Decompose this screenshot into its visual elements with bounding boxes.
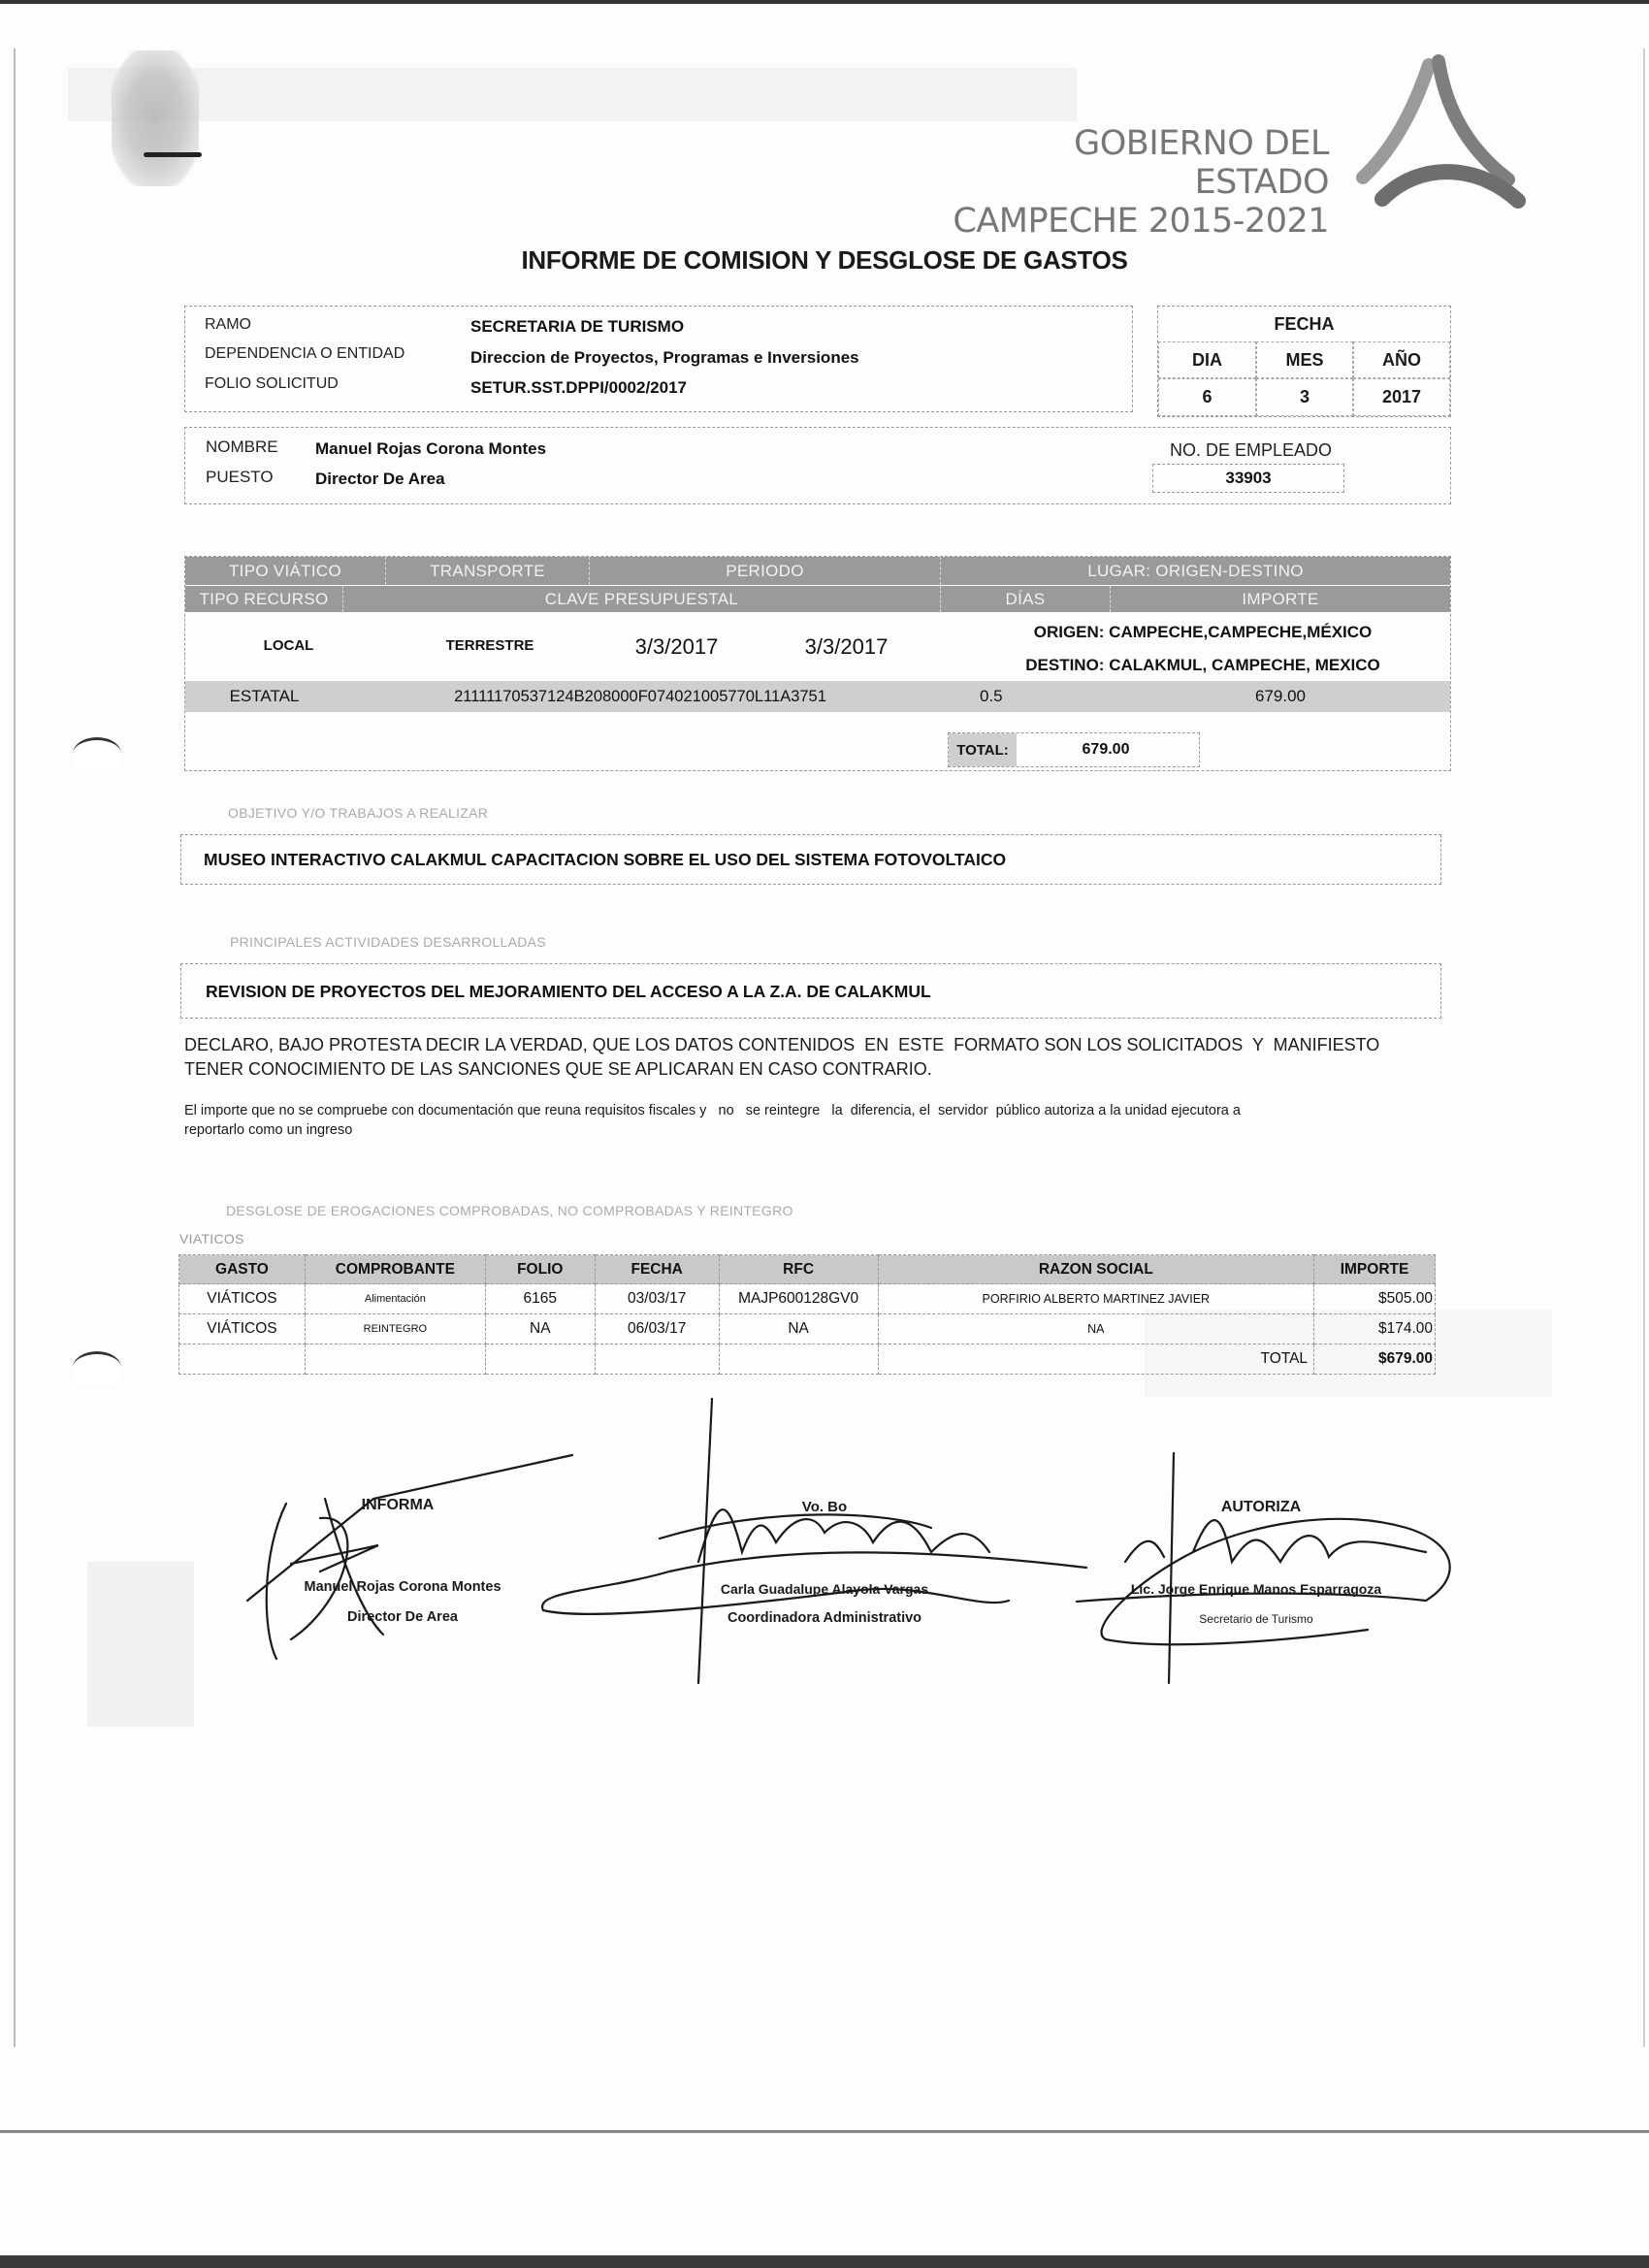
- fecha-cell: 06/03/17: [595, 1314, 719, 1345]
- page-fold-line: [0, 2130, 1649, 2133]
- numero-empleado-value: 33903: [1225, 469, 1271, 488]
- objetivo-caption: OBJETIVO Y/O TRABAJOS A REALIZAR: [228, 805, 488, 821]
- col-razon-social: RAZON SOCIAL: [878, 1255, 1313, 1284]
- fecha-title: FECHA: [1158, 307, 1450, 341]
- fecha-grid: FECHA DIA MES AÑO 6 3 2017: [1157, 306, 1451, 417]
- signature-title-informa: Director De Area: [257, 1609, 548, 1625]
- table-row: VIÁTICOS REINTEGRO NA 06/03/17 NA NA $17…: [179, 1314, 1436, 1345]
- declaration-line-1: DECLARO, BAJO PROTESTA DECIR LA VERDAD, …: [184, 1033, 1455, 1057]
- header-clave-presupuestal: CLAVE PRESUPUESTAL: [343, 586, 941, 612]
- periodo-inicio: 3/3/2017: [601, 631, 752, 664]
- nombre-value: Manuel Rojas Corona Montes: [315, 439, 546, 459]
- gasto-cell: VIÁTICOS: [179, 1284, 306, 1314]
- notice-line-2: reportarlo como un ingreso: [184, 1120, 1455, 1140]
- mes-label: MES: [1256, 341, 1353, 378]
- document-title: INFORME DE COMISION Y DESGLOSE DE GASTOS: [0, 245, 1649, 275]
- signature-title-vobo: Coordinadora Administrativo: [679, 1610, 970, 1626]
- signature-role-vobo: Vo. Bo: [727, 1499, 921, 1515]
- clave-presupuestal-value: 21111170537124B208000F074021005770L11A37…: [349, 682, 931, 711]
- fecha-cell: 03/03/17: [595, 1284, 719, 1314]
- col-folio: FOLIO: [485, 1255, 595, 1284]
- numero-empleado-label: NO. DE EMPLEADO: [1170, 440, 1332, 461]
- declaration-line-2: TENER CONOCIMIENTO DE LAS SANCIONES QUE …: [184, 1057, 1455, 1082]
- signature-name-vobo: Carla Guadalupe Alayola Vargas: [679, 1581, 970, 1597]
- ramo-value: SECRETARIA DE TURISMO: [470, 317, 684, 337]
- numero-empleado-field: 33903: [1152, 464, 1344, 493]
- puesto-value: Director De Area: [315, 470, 445, 489]
- col-comprobante: COMPROBANTE: [305, 1255, 485, 1284]
- desglose-header-row: GASTO COMPROBANTE FOLIO FECHA RFC RAZON …: [179, 1255, 1436, 1284]
- dias-value: 0.5: [980, 682, 1003, 711]
- government-name: GOBIERNO DEL ESTADO CAMPECHE 2015-2021: [931, 124, 1329, 241]
- declaration-statement: DECLARO, BAJO PROTESTA DECIR LA VERDAD, …: [184, 1033, 1455, 1082]
- col-importe: IMPORTE: [1314, 1255, 1436, 1284]
- folio-cell: 6165: [485, 1284, 595, 1314]
- puesto-label: PUESTO: [206, 468, 274, 487]
- empty-cell: [179, 1345, 306, 1375]
- government-line-1: GOBIERNO DEL ESTADO: [931, 124, 1329, 202]
- empty-cell: [305, 1345, 485, 1375]
- razon-social-cell: NA: [878, 1314, 1313, 1345]
- signature-role-autoriza: AUTORIZA: [1154, 1499, 1368, 1516]
- empty-cell: [485, 1345, 595, 1375]
- rfc-cell: NA: [719, 1314, 878, 1345]
- total-label: TOTAL:: [949, 733, 1017, 766]
- col-gasto: GASTO: [179, 1255, 306, 1284]
- signature-role-informa: INFORMA: [291, 1497, 504, 1514]
- header-tipo-recurso: TIPO RECURSO: [185, 586, 343, 612]
- actividades-text: REVISION DE PROYECTOS DEL MEJORAMIENTO D…: [206, 982, 931, 1002]
- pen-mark: [144, 152, 202, 157]
- header-dias: DÍAS: [941, 586, 1111, 612]
- signature-name-informa: Manuel Rojas Corona Montes: [257, 1579, 548, 1595]
- signature-name-autoriza: Lic. Jorge Enrique Manos Esparragoza: [1096, 1581, 1416, 1597]
- total-value: 679.00: [1048, 733, 1164, 766]
- signature-title-autoriza: Secretario de Turismo: [1130, 1612, 1382, 1626]
- comprobante-cell: REINTEGRO: [305, 1314, 485, 1345]
- razon-social-cell: PORFIRIO ALBERTO MARTINEZ JAVIER: [878, 1284, 1313, 1314]
- dependencia-label: DEPENDENCIA O ENTIDAD: [205, 345, 404, 363]
- origen-value: ORIGEN: CAMPECHE,CAMPECHE,MÉXICO: [989, 619, 1416, 646]
- empty-cell: [719, 1345, 878, 1375]
- tipo-recurso-value: ESTATAL: [194, 682, 335, 711]
- punch-hole-icon: [73, 1351, 121, 1384]
- header-periodo: PERIODO: [590, 557, 941, 585]
- destino-value: DESTINO: CALAKMUL, CAMPECHE, MEXICO: [989, 652, 1416, 679]
- header-lugar: LUGAR: ORIGEN-DESTINO: [941, 557, 1450, 585]
- folio-label: FOLIO SOLICITUD: [205, 375, 339, 393]
- nombre-label: NOMBRE: [206, 437, 278, 457]
- tipo-viatico-value: LOCAL: [223, 631, 354, 660]
- scan-edge-bottom: [0, 2255, 1649, 2268]
- desglose-subcaption: VIATICOS: [179, 1231, 244, 1247]
- col-rfc: RFC: [719, 1255, 878, 1284]
- punch-hole-icon: [73, 737, 121, 770]
- importe-cell: $174.00: [1314, 1314, 1436, 1345]
- folio-value: SETUR.SST.DPPI/0002/2017: [470, 378, 687, 398]
- ramo-label: RAMO: [205, 316, 251, 334]
- campeche-logo-icon: [1353, 53, 1528, 228]
- actividades-caption: PRINCIPALES ACTIVIDADES DESARROLLADAS: [230, 934, 546, 950]
- rfc-cell: MAJP600128GV0: [719, 1284, 878, 1314]
- header-importe: IMPORTE: [1111, 586, 1450, 612]
- anio-label: AÑO: [1353, 341, 1450, 378]
- desglose-table: GASTO COMPROBANTE FOLIO FECHA RFC RAZON …: [178, 1254, 1436, 1375]
- desglose-caption: DESGLOSE DE EROGACIONES COMPROBADAS, NO …: [226, 1203, 793, 1218]
- empty-cell: [595, 1345, 719, 1375]
- notice-line-1: El importe que no se compruebe con docum…: [184, 1101, 1455, 1120]
- header-transporte: TRANSPORTE: [386, 557, 590, 585]
- anio-value: 2017: [1353, 378, 1450, 416]
- government-line-2: CAMPECHE 2015-2021: [931, 202, 1329, 241]
- col-fecha: FECHA: [595, 1255, 719, 1284]
- header-tipo-viatico: TIPO VIÁTICO: [185, 557, 386, 585]
- dependencia-value: Direccion de Proyectos, Programas e Inve…: [470, 348, 859, 368]
- desglose-total-value: $679.00: [1314, 1345, 1436, 1375]
- bleed-through-qr: [87, 1562, 194, 1727]
- importe-value: 679.00: [1183, 682, 1377, 711]
- dia-value: 6: [1158, 378, 1256, 416]
- importe-cell: $505.00: [1314, 1284, 1436, 1314]
- gasto-cell: VIÁTICOS: [179, 1314, 306, 1345]
- mes-value: 3: [1256, 378, 1353, 416]
- transporte-value: TERRESTRE: [417, 631, 563, 660]
- table-row: VIÁTICOS Alimentación 6165 03/03/17 MAJP…: [179, 1284, 1436, 1314]
- coat-of-arms-icon: [112, 50, 199, 186]
- comprobante-cell: Alimentación: [305, 1284, 485, 1314]
- scan-edge-top: [0, 0, 1649, 4]
- reintegro-notice: El importe que no se compruebe con docum…: [184, 1101, 1455, 1140]
- total-row: TOTAL $679.00: [179, 1345, 1436, 1375]
- bleed-through: [68, 68, 1077, 121]
- objetivo-text: MUSEO INTERACTIVO CALAKMUL CAPACITACION …: [204, 850, 1006, 870]
- desglose-total-label: TOTAL: [878, 1345, 1313, 1375]
- dia-label: DIA: [1158, 341, 1256, 378]
- folio-cell: NA: [485, 1314, 595, 1345]
- periodo-fin: 3/3/2017: [771, 631, 921, 664]
